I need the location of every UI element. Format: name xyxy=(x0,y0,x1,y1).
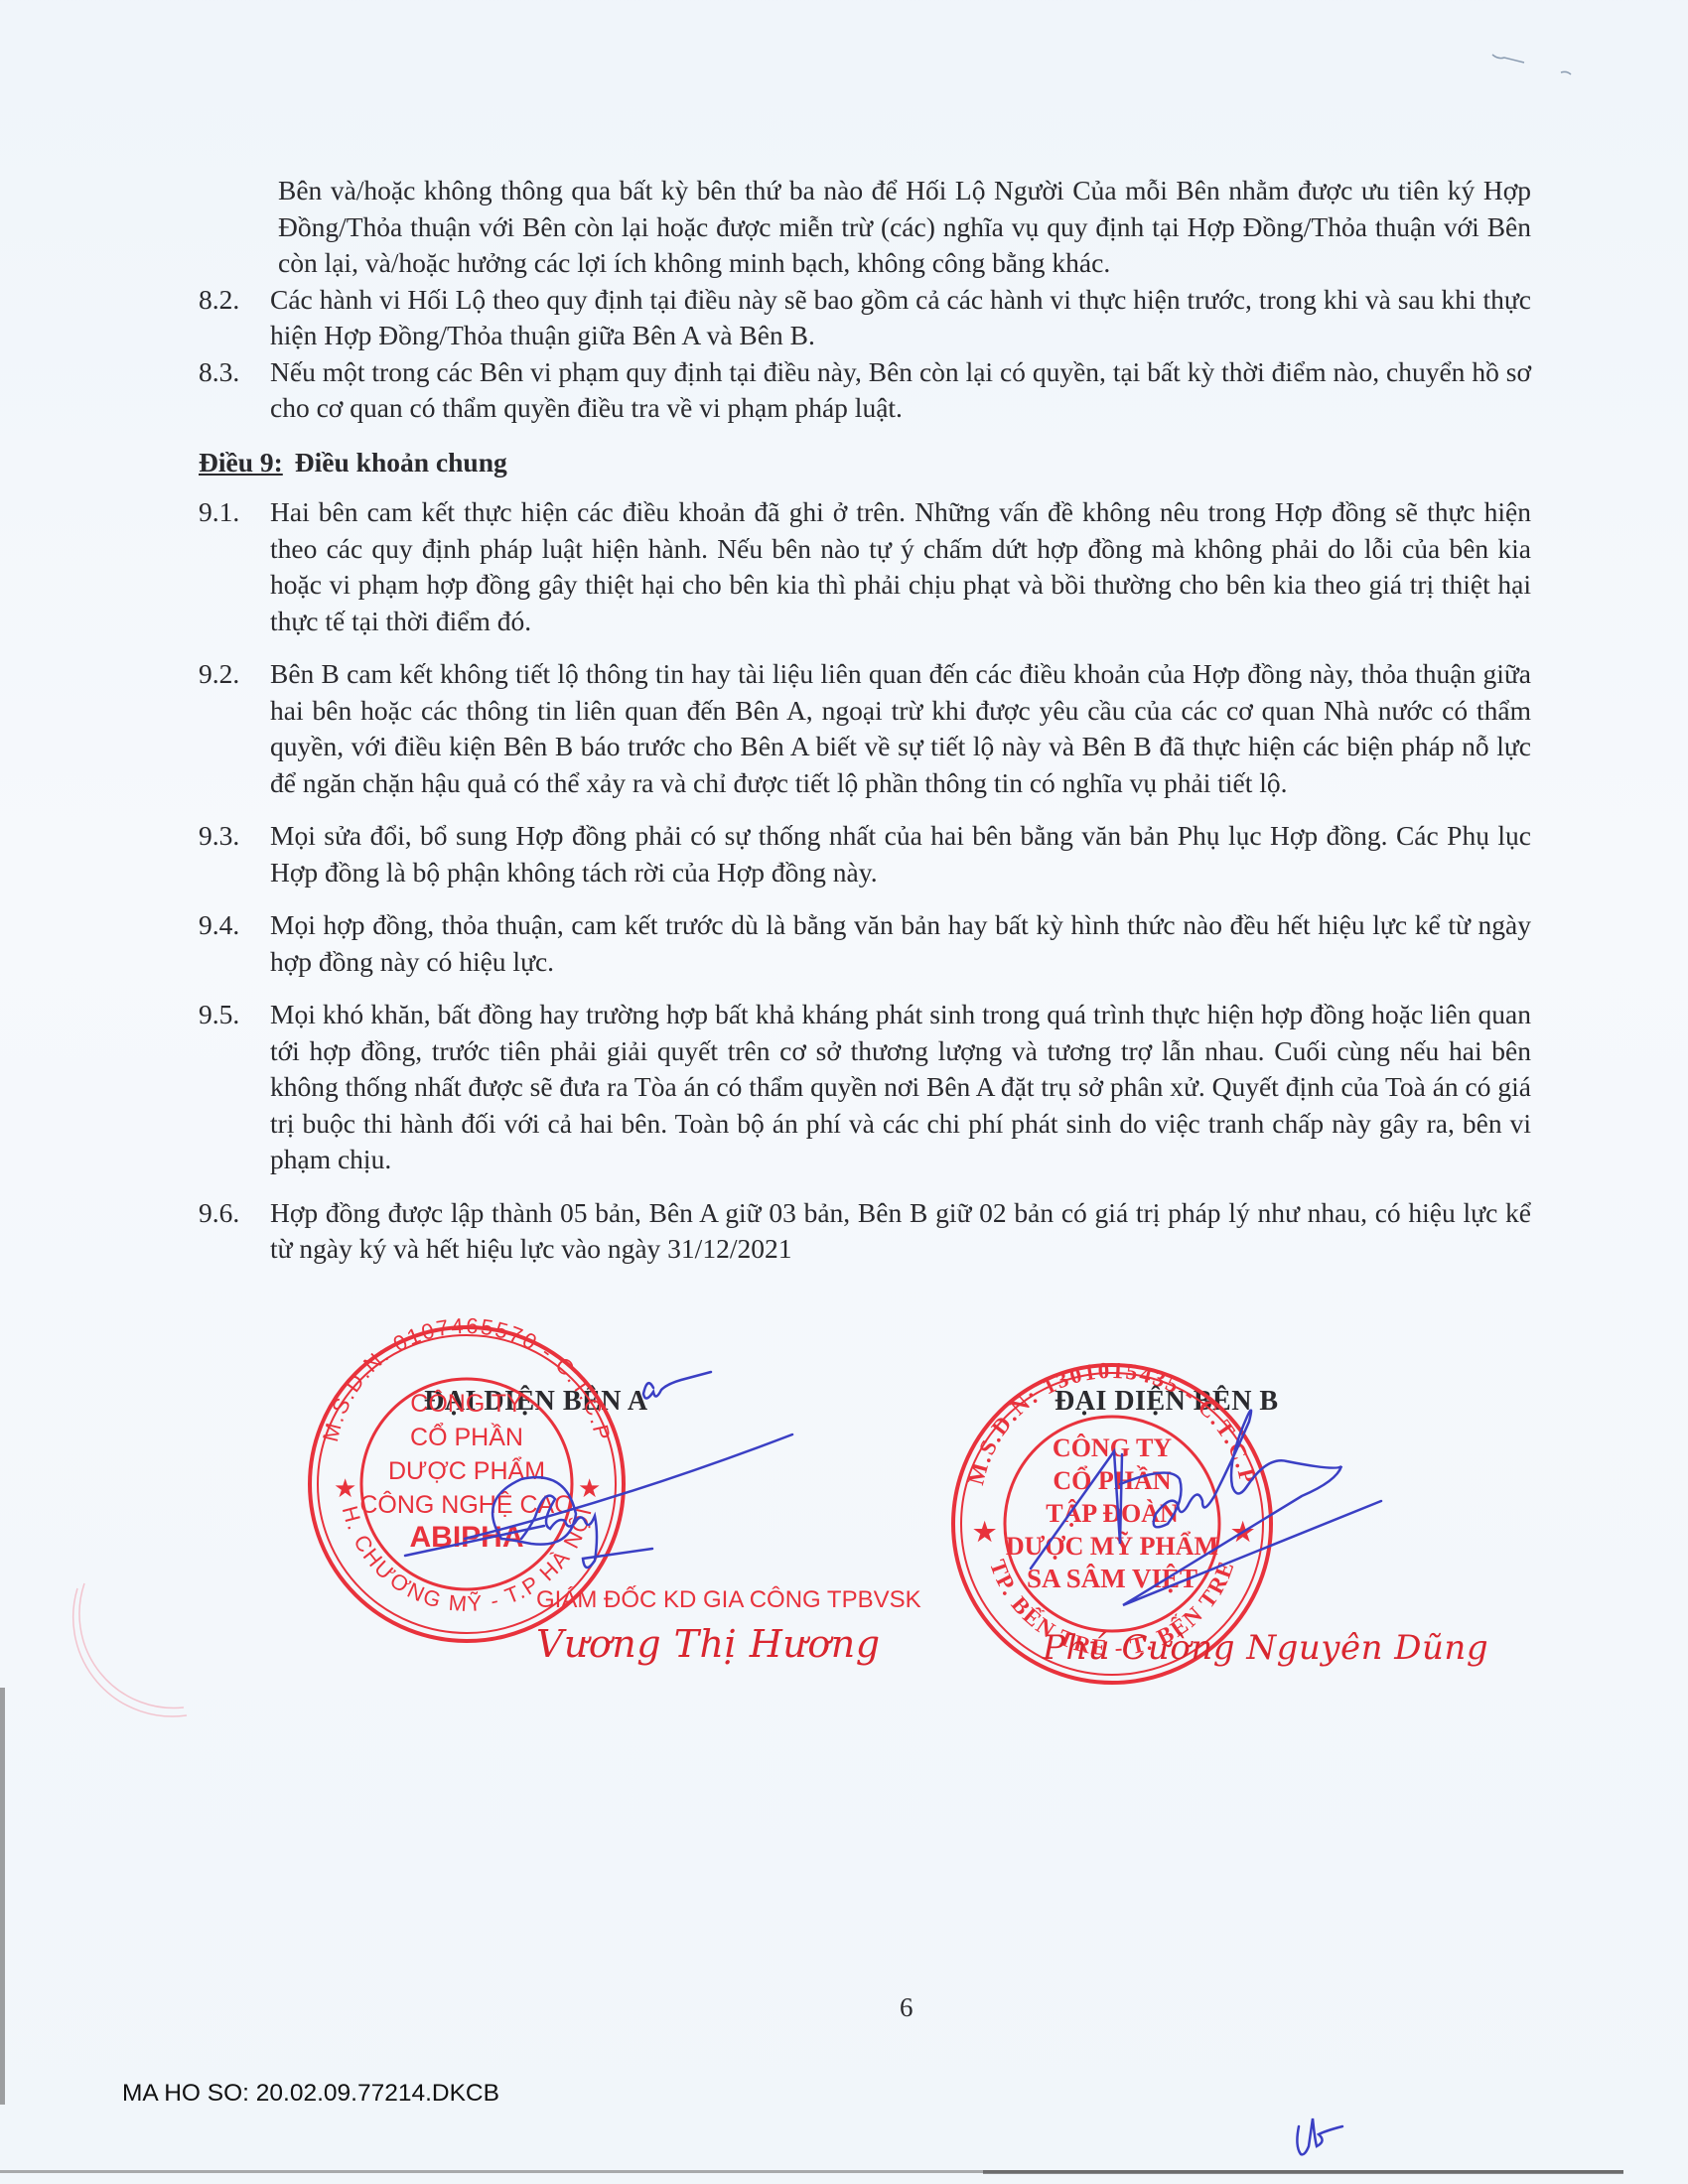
stamp-b-text: M.S.D.N: 1301015435 - C.T.C.P TP. BẾN TR… xyxy=(963,1358,1261,1661)
scan-artifact xyxy=(1492,55,1571,74)
party-b-name: Phú Cường Nguyên Dũng xyxy=(1043,1628,1488,1668)
stamps-and-signatures: M.S.D.N: 0107465570 - C.T.C.P H. CHƯƠNG … xyxy=(0,0,1688,2184)
initials-mark xyxy=(1297,2118,1342,2154)
svg-text:★: ★ xyxy=(973,1518,997,1547)
svg-text:CÔNG TY: CÔNG TY xyxy=(410,1389,523,1418)
svg-text:CỔ PHẦN: CỔ PHẦN xyxy=(1053,1466,1171,1495)
svg-text:★: ★ xyxy=(578,1473,601,1503)
svg-text:SA SÂM VIỆT: SA SÂM VIỆT xyxy=(1027,1564,1197,1593)
svg-text:CỔ PHẦN: CỔ PHẦN xyxy=(410,1422,523,1451)
svg-text:DƯỢC MỸ PHẨM: DƯỢC MỸ PHẨM xyxy=(1006,1532,1218,1561)
svg-text:CÔNG TY: CÔNG TY xyxy=(1053,1433,1172,1462)
svg-text:TẬP ĐOÀN: TẬP ĐOÀN xyxy=(1046,1499,1179,1528)
svg-text:DƯỢC PHẨM: DƯỢC PHẨM xyxy=(388,1456,545,1485)
page-number: 6 xyxy=(900,1992,914,2023)
svg-text:★: ★ xyxy=(334,1473,356,1503)
party-a-position: GIÁM ĐỐC KD GIA CÔNG TPBVSK xyxy=(536,1586,921,1614)
file-code: MA HO SO: 20.02.09.77214.DKCB xyxy=(122,2080,499,2108)
party-a-name: Vương Thị Hương xyxy=(536,1622,881,1666)
ghost-stamp xyxy=(73,1583,187,1716)
